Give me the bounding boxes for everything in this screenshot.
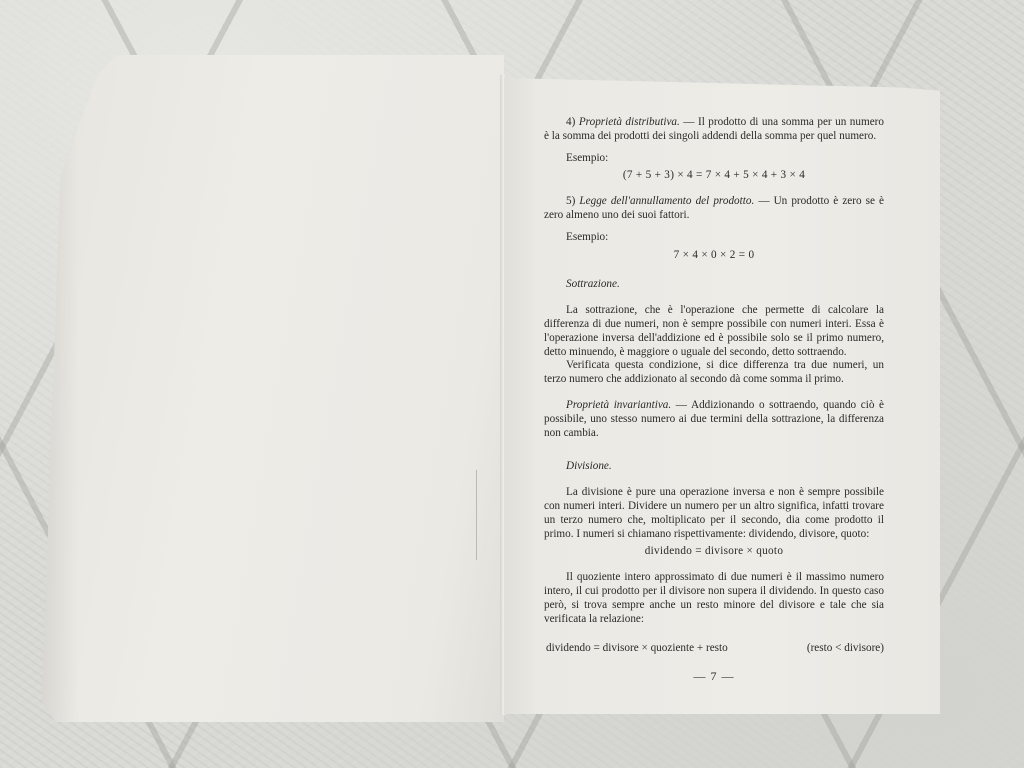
invariant-property-paragraph: Proprietà invariantiva. — Addizionando o… <box>544 399 884 440</box>
page-crease <box>476 470 477 560</box>
subtraction-paragraph-2: Verificata questa condizione, si dice di… <box>544 359 884 387</box>
example-label: Esempio: <box>544 152 884 166</box>
page-text: 4) Proprietà distributiva. — Il prodotto… <box>544 116 884 684</box>
subtraction-heading: Sottrazione. <box>544 278 884 292</box>
distributive-number: 4) <box>566 116 575 128</box>
subtraction-paragraph-1: La sottrazione, che è l'operazione che p… <box>544 304 884 359</box>
right-page: 4) Proprietà distributiva. — Il prodotto… <box>504 78 940 714</box>
distributive-property-paragraph: 4) Proprietà distributiva. — Il prodotto… <box>544 116 884 144</box>
distributive-formula: (7 + 5 + 3) × 4 = 7 × 4 + 5 × 4 + 3 × 4 <box>544 169 884 183</box>
null-product-title: Legge dell'annullamento del prodotto. <box>579 195 754 207</box>
null-product-number: 5) <box>566 195 575 207</box>
invariant-title: Proprietà invariantiva. <box>566 399 671 411</box>
division-formula-2: dividendo = divisore × quoziente + resto <box>546 642 728 656</box>
division-formula-1: dividendo = divisore × quoto <box>544 545 884 559</box>
null-product-formula: 7 × 4 × 0 × 2 = 0 <box>544 249 884 263</box>
division-paragraph-1: La divisione è pure una operazione inver… <box>544 486 884 541</box>
left-page-shading <box>42 55 504 722</box>
distributive-title: Proprietà distributiva. <box>579 116 680 128</box>
null-product-paragraph: 5) Legge dell'annullamento del prodotto.… <box>544 195 884 223</box>
division-heading: Divisione. <box>544 460 884 474</box>
example-label: Esempio: <box>544 231 884 245</box>
division-formula-2-row: dividendo = divisore × quoziente + resto… <box>544 642 884 656</box>
division-formula-2-condition: (resto < divisore) <box>807 642 884 656</box>
page-number: — 7 — <box>544 670 884 684</box>
open-booklet: 4) Proprietà distributiva. — Il prodotto… <box>0 0 1024 768</box>
division-paragraph-2: Il quoziente intero approssimato di due … <box>544 571 884 626</box>
